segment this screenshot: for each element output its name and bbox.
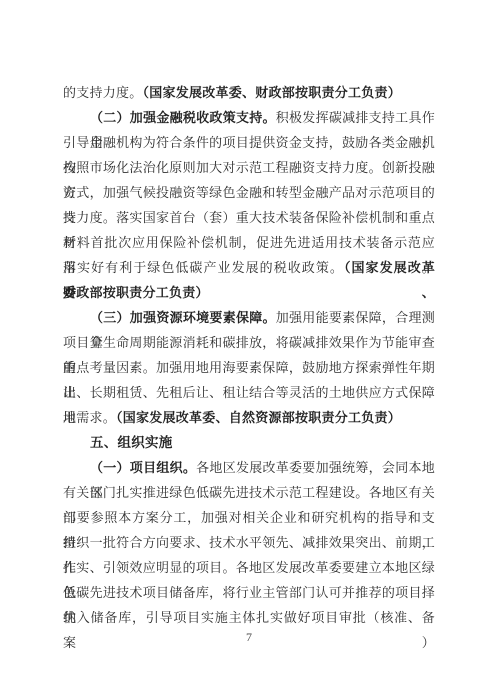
- text-line: 组织一批符合方向要求、技术水平领先、减排效果突出、前期工作: [63, 530, 435, 555]
- text-line: 持力度。落实国家首台（套）重大技术装备保险补偿机制和重点新: [63, 205, 435, 230]
- text-line: 按照市场化法治化原则加大对示范工程融资支持力度。创新投融资: [63, 155, 435, 180]
- text-segment: （二）加强金融税收政策支持。: [90, 110, 276, 125]
- text-segment: 落实好有利于绿色低碳产业发展的税收政策。: [63, 260, 344, 275]
- text-segment: 财政部按职责分工负责）: [63, 285, 209, 300]
- text-segment: （三）加强资源环境要素保障。: [90, 310, 276, 325]
- text-segment: 五、组织实施: [90, 435, 173, 450]
- document-page: 的支持力度。（国家发展改革委、财政部按职责分工负责）（二）加强金融税收政策支持。…: [0, 0, 495, 700]
- text-line: 材料首批次应用保险补偿机制，促进先进适用技术装备示范应用。: [63, 230, 435, 255]
- text-line: （一）项目组织。各地区发展改革委要加强统筹，会同本地区: [63, 455, 435, 480]
- text-line: 门要参照本方案分工，加强对相关企业和研究机构的指导和支持，: [63, 505, 435, 530]
- text-line: 引导金融机构为符合条件的项目提供资金支持，鼓励各类金融机构: [63, 130, 435, 155]
- text-segment: （一）项目组织。: [90, 460, 196, 475]
- text-segment: （国家发展改革委、财政部按职责分工负责）: [143, 85, 402, 100]
- text-line: 方式，加强气候投融资等绿色金融和转型金融产品对示范项目的支: [63, 180, 435, 205]
- text-line: 重点考量因素。加强用地用海要素保障，鼓励地方探索弹性年期出: [63, 355, 435, 380]
- text-line: 项目全生命周期能源消耗和碳排放，将碳减排效果作为节能审查的: [63, 330, 435, 355]
- text-line: 有关部门扎实推进绿色低碳先进技术示范工程建设。各地区有关部: [63, 480, 435, 505]
- text-line: 地需求。（国家发展改革委、自然资源部按职责分工负责）: [63, 405, 435, 430]
- text-line: 扎实、引领效应明显的项目。各地区发展改革委要建立本地区绿色: [63, 555, 435, 580]
- section-heading: 五、组织实施: [63, 430, 435, 455]
- text-line: 的支持力度。（国家发展改革委、财政部按职责分工负责）: [63, 80, 435, 105]
- text-segment: 的支持力度。: [63, 85, 143, 100]
- text-line: （三）加强资源环境要素保障。加强用能要素保障，合理测算: [63, 305, 435, 330]
- document-body: 的支持力度。（国家发展改革委、财政部按职责分工负责）（二）加强金融税收政策支持。…: [63, 80, 435, 630]
- text-line: 低碳先进技术项目储备库，将行业主管部门认可并推荐的项目择优: [63, 580, 435, 605]
- text-line: 落实好有利于绿色低碳产业发展的税收政策。（国家发展改革委、: [63, 255, 435, 280]
- text-line: （二）加强金融税收政策支持。积极发挥碳减排支持工具作用，: [63, 105, 435, 130]
- text-segment: 地需求。: [63, 410, 116, 425]
- text-segment: （国家发展改革委、自然资源部按职责分工负责）: [116, 410, 401, 425]
- text-line: 让、长期租赁、先租后让、租让结合等灵活的土地供应方式保障用: [63, 380, 435, 405]
- page-number: 7: [63, 627, 435, 647]
